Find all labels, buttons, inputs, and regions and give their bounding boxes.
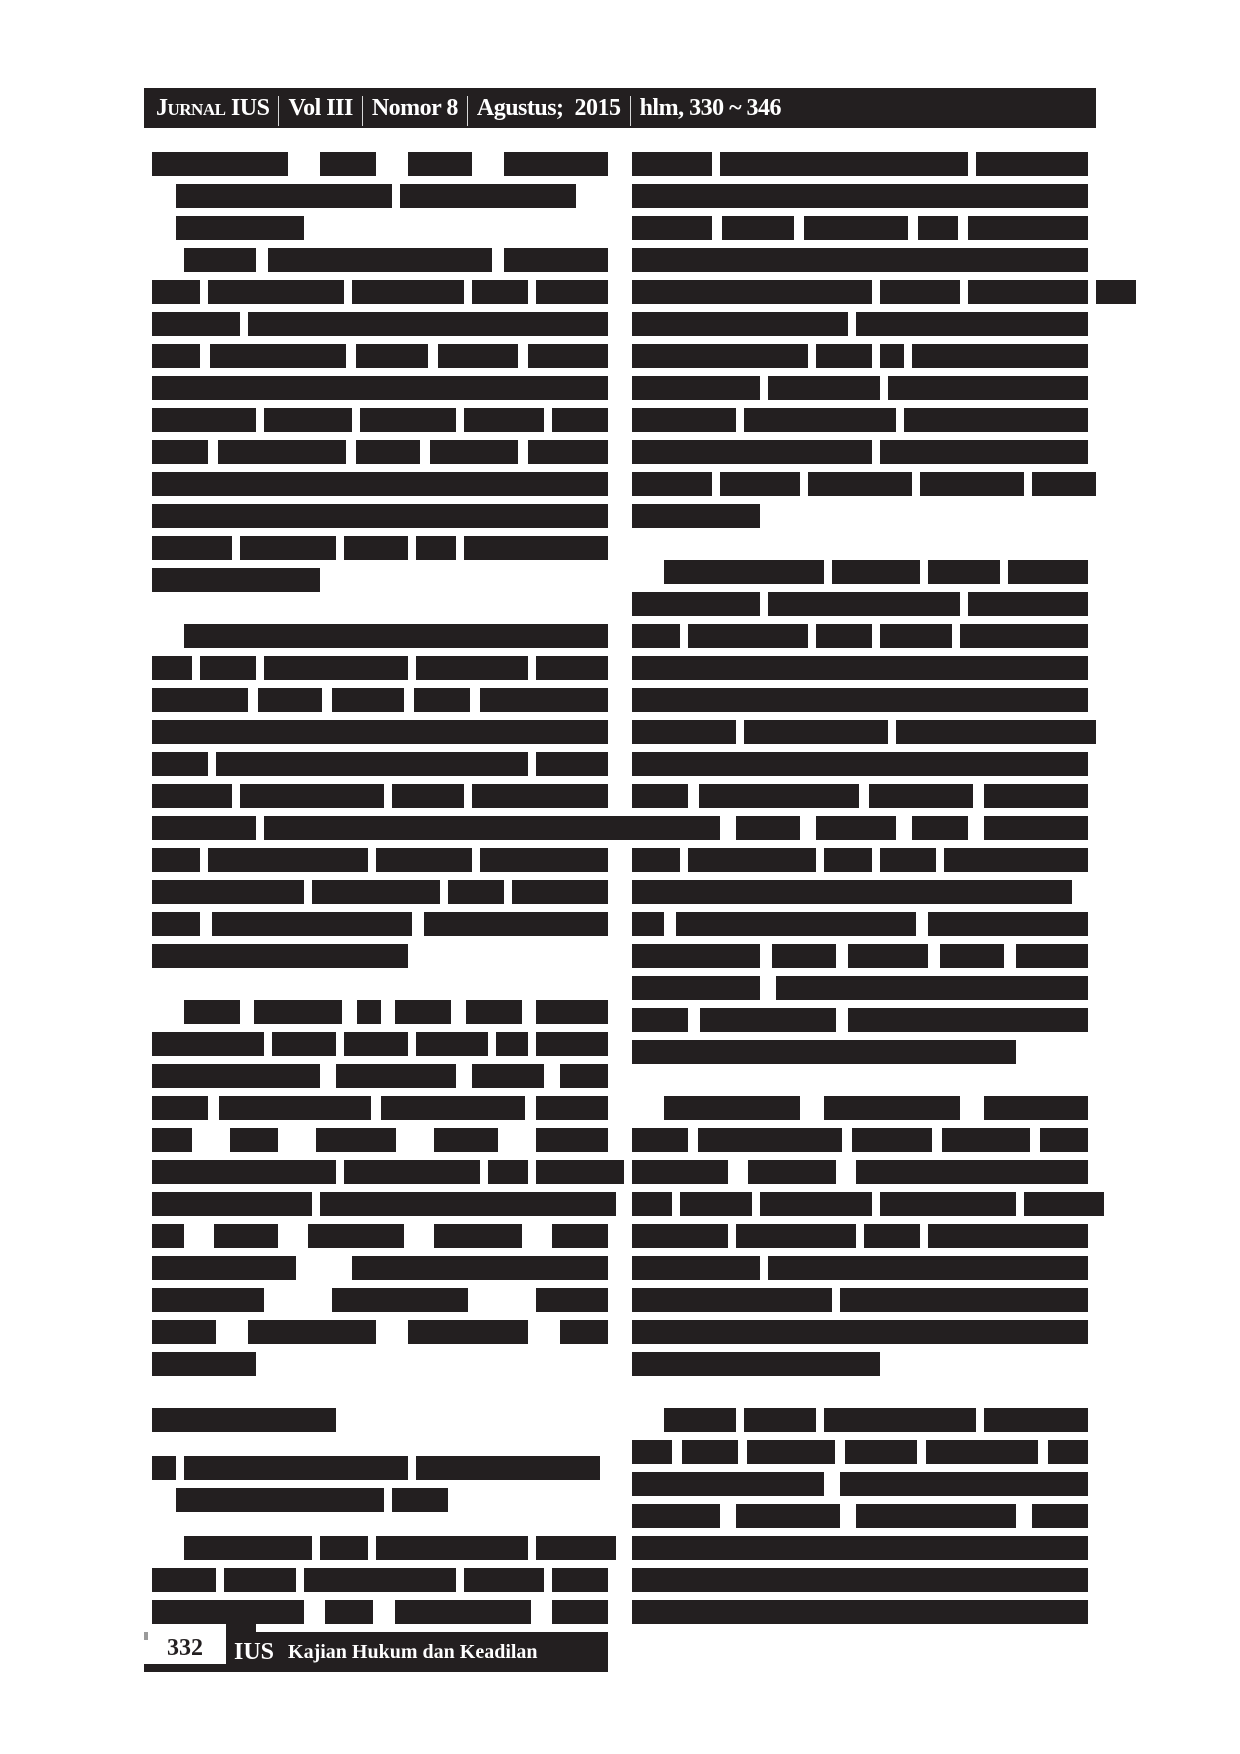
redaction-bar — [184, 624, 608, 648]
redaction-bar — [536, 1032, 608, 1056]
redaction-bar — [632, 720, 736, 744]
redaction-bar — [772, 944, 836, 968]
text-line-redacted — [632, 848, 1088, 872]
redaction-bar — [912, 344, 1088, 368]
redaction-bar — [808, 472, 912, 496]
redaction-bar — [632, 1440, 672, 1464]
redaction-bar — [320, 1192, 616, 1216]
publication-date: Agustus; 2015 — [468, 95, 630, 122]
paragraph-gap — [632, 536, 1088, 560]
redaction-bar — [940, 944, 1004, 968]
redaction-bar — [152, 152, 288, 176]
redaction-bar — [352, 280, 464, 304]
redaction-bar — [722, 216, 794, 240]
redaction-bar — [856, 1160, 1088, 1184]
redaction-bar — [912, 816, 968, 840]
text-line-redacted — [632, 1160, 1088, 1184]
redaction-bar — [536, 656, 608, 680]
redaction-bar — [632, 312, 848, 336]
redaction-bar — [434, 1128, 498, 1152]
text-line-redacted — [152, 184, 608, 208]
redaction-bar — [816, 816, 896, 840]
redaction-bar — [152, 1064, 320, 1088]
paragraph-gap — [632, 1072, 1088, 1096]
redaction-bar — [632, 1568, 1088, 1592]
redaction-bar — [464, 408, 544, 432]
redaction-bar — [904, 408, 1088, 432]
redaction-bar — [536, 280, 608, 304]
redaction-bar — [152, 344, 200, 368]
redaction-bar — [536, 1288, 608, 1312]
redaction-bar — [682, 1440, 738, 1464]
redaction-bar — [184, 1536, 312, 1560]
redaction-bar — [504, 248, 608, 272]
redaction-bar — [880, 344, 904, 368]
redaction-bar — [880, 624, 952, 648]
redaction-bar — [536, 752, 608, 776]
running-header: Jurnal IUS Vol III Nomor 8 Agustus; 2015… — [144, 88, 1096, 128]
redaction-bar — [268, 248, 492, 272]
text-line-redacted — [632, 344, 1088, 368]
redaction-bar — [632, 592, 760, 616]
redaction-bar — [664, 1408, 736, 1432]
redaction-bar — [968, 592, 1088, 616]
redaction-bar — [424, 912, 608, 936]
redaction-bar — [880, 440, 1088, 464]
redaction-bar — [416, 1032, 488, 1056]
text-line-redacted — [632, 1440, 1088, 1464]
text-line-redacted — [632, 816, 1088, 840]
redaction-bar — [325, 1600, 373, 1624]
redaction-bar — [632, 1040, 1016, 1064]
redaction-bar — [748, 1160, 836, 1184]
redaction-bar — [632, 472, 712, 496]
redaction-bar — [152, 816, 256, 840]
redaction-bar — [976, 152, 1088, 176]
text-line-redacted — [632, 1096, 1088, 1120]
redaction-bar — [248, 312, 608, 336]
left-column-redacted-text — [152, 152, 608, 1632]
paragraph-gap — [152, 1440, 608, 1456]
text-line-redacted — [152, 152, 608, 176]
text-line-redacted — [632, 312, 1088, 336]
text-line-redacted — [152, 312, 608, 336]
text-line-redacted — [152, 1536, 608, 1560]
redaction-bar — [1032, 472, 1096, 496]
redaction-bar — [152, 880, 304, 904]
text-line-redacted — [152, 1160, 608, 1184]
redaction-bar — [968, 216, 1088, 240]
redaction-bar — [152, 752, 208, 776]
text-line-redacted — [152, 1096, 608, 1120]
redaction-bar — [152, 472, 608, 496]
redaction-bar — [152, 1288, 264, 1312]
redaction-bar — [408, 152, 472, 176]
redaction-bar — [434, 1224, 522, 1248]
text-line-redacted — [632, 880, 1088, 904]
text-line-redacted — [632, 1536, 1088, 1560]
redaction-bar — [496, 1032, 528, 1056]
text-line-redacted — [152, 1032, 608, 1056]
redaction-bar — [416, 1456, 600, 1480]
text-line-redacted — [152, 784, 608, 808]
text-line-redacted — [152, 624, 608, 648]
text-line-redacted — [632, 280, 1088, 304]
text-line-redacted — [152, 440, 608, 464]
redaction-bar — [395, 1600, 531, 1624]
redaction-bar — [308, 1224, 404, 1248]
redaction-bar — [152, 848, 200, 872]
redaction-bar — [736, 1504, 840, 1528]
redaction-bar — [512, 880, 608, 904]
text-line-redacted — [632, 944, 1088, 968]
redaction-bar — [720, 152, 968, 176]
paragraph-gap — [632, 1384, 1088, 1408]
redaction-bar — [926, 1440, 1038, 1464]
text-line-redacted — [632, 784, 1088, 808]
redaction-bar — [632, 656, 1088, 680]
redaction-bar — [632, 1128, 688, 1152]
text-line-redacted — [152, 1488, 608, 1512]
text-line-redacted — [152, 1256, 608, 1280]
redaction-bar — [212, 912, 412, 936]
redaction-bar — [920, 472, 1024, 496]
redaction-bar — [736, 1224, 856, 1248]
redaction-bar — [560, 1064, 608, 1088]
paragraph-gap — [152, 1520, 608, 1536]
redaction-bar — [472, 1064, 544, 1088]
redaction-bar — [856, 312, 1088, 336]
redaction-bar — [152, 1600, 304, 1624]
redaction-bar — [1024, 1192, 1104, 1216]
text-line-redacted — [632, 624, 1088, 648]
redaction-bar — [152, 1032, 264, 1056]
text-line-redacted — [152, 1192, 608, 1216]
redaction-bar — [176, 1488, 384, 1512]
redaction-bar — [824, 848, 872, 872]
redaction-bar — [848, 1008, 1088, 1032]
redaction-bar — [632, 408, 736, 432]
redaction-bar — [688, 624, 808, 648]
text-line-redacted — [632, 1352, 1088, 1376]
redaction-bar — [699, 784, 859, 808]
redaction-bar — [400, 184, 576, 208]
redaction-bar — [448, 880, 504, 904]
redaction-bar — [632, 848, 680, 872]
redaction-bar — [152, 1192, 312, 1216]
redaction-bar — [152, 1408, 336, 1432]
redaction-bar — [344, 536, 408, 560]
redaction-bar — [632, 880, 1072, 904]
redaction-bar — [688, 848, 816, 872]
redaction-bar — [152, 1352, 256, 1376]
redaction-bar — [632, 912, 664, 936]
redaction-bar — [356, 344, 428, 368]
text-line-redacted — [632, 1568, 1088, 1592]
redaction-bar — [928, 912, 1088, 936]
redaction-bar — [184, 1000, 240, 1024]
text-line-redacted — [152, 1224, 608, 1248]
redaction-bar — [632, 816, 720, 840]
redaction-bar — [152, 1568, 216, 1592]
text-line-redacted — [632, 720, 1088, 744]
redaction-bar — [632, 752, 1088, 776]
redaction-bar — [632, 944, 760, 968]
redaction-bar — [984, 784, 1088, 808]
redaction-bar — [152, 1160, 336, 1184]
text-line-redacted — [152, 1320, 608, 1344]
redaction-bar — [152, 656, 192, 680]
redaction-bar — [240, 784, 384, 808]
redaction-bar — [219, 1096, 371, 1120]
redaction-bar — [632, 1352, 880, 1376]
redaction-bar — [352, 1256, 608, 1280]
text-line-redacted — [632, 1408, 1088, 1432]
redaction-bar — [869, 784, 973, 808]
text-line-redacted — [632, 152, 1088, 176]
text-line-redacted — [152, 880, 608, 904]
paragraph-gap — [152, 1384, 608, 1408]
paragraph-gap — [152, 600, 608, 624]
redaction-bar — [960, 624, 1088, 648]
redaction-bar — [376, 848, 472, 872]
redaction-bar — [768, 592, 960, 616]
text-line-redacted — [632, 1040, 1088, 1064]
page-number: 332 — [144, 1624, 226, 1664]
redaction-bar — [848, 944, 928, 968]
redaction-bar — [536, 1096, 608, 1120]
redaction-bar — [632, 1224, 728, 1248]
redaction-bar — [700, 1008, 836, 1032]
redaction-bar — [230, 1128, 278, 1152]
redaction-bar — [480, 688, 608, 712]
redaction-bar — [152, 688, 248, 712]
text-line-redacted — [152, 848, 608, 872]
redaction-bar — [480, 848, 608, 872]
text-line-redacted — [152, 248, 608, 272]
redaction-bar — [720, 472, 800, 496]
redaction-bar — [632, 1008, 688, 1032]
redaction-bar — [942, 1128, 1030, 1152]
redaction-bar — [632, 1288, 832, 1312]
redaction-bar — [1040, 1128, 1088, 1152]
redaction-bar — [320, 152, 376, 176]
redaction-bar — [152, 408, 256, 432]
text-line-redacted — [152, 1064, 608, 1088]
redaction-bar — [488, 1160, 528, 1184]
text-line-redacted — [152, 344, 608, 368]
redaction-bar — [632, 1504, 720, 1528]
redaction-bar — [392, 784, 464, 808]
redaction-bar — [336, 1064, 456, 1088]
redaction-bar — [254, 1000, 342, 1024]
redaction-bar — [760, 1192, 872, 1216]
redaction-bar — [438, 344, 518, 368]
redaction-bar — [552, 1600, 608, 1624]
text-line-redacted — [632, 656, 1088, 680]
text-line-redacted — [632, 976, 1088, 1000]
redaction-bar — [214, 1224, 278, 1248]
redaction-bar — [888, 376, 1088, 400]
redaction-bar — [832, 560, 920, 584]
text-line-redacted — [632, 1504, 1088, 1528]
redaction-bar — [152, 912, 200, 936]
redaction-bar — [392, 1488, 448, 1512]
redaction-bar — [744, 408, 896, 432]
redaction-bar — [776, 976, 1088, 1000]
redaction-bar — [528, 344, 608, 368]
text-line-redacted — [632, 1320, 1088, 1344]
redaction-bar — [152, 720, 608, 744]
text-line-redacted — [152, 816, 608, 840]
text-line-redacted — [632, 1256, 1088, 1280]
redaction-bar — [176, 184, 392, 208]
right-column-redacted-text — [632, 152, 1088, 1632]
redaction-bar — [466, 1000, 522, 1024]
text-line-redacted — [632, 1600, 1088, 1624]
redaction-bar — [152, 1128, 192, 1152]
redaction-bar — [504, 152, 608, 176]
redaction-bar — [984, 1408, 1088, 1432]
redaction-bar — [395, 1000, 451, 1024]
redaction-bar — [632, 624, 680, 648]
redaction-bar — [316, 1128, 396, 1152]
redaction-bar — [536, 1160, 624, 1184]
redaction-bar — [984, 816, 1088, 840]
redaction-bar — [472, 784, 608, 808]
redaction-bar — [210, 344, 346, 368]
text-line-redacted — [152, 504, 608, 528]
redaction-bar — [804, 216, 908, 240]
redaction-bar — [416, 536, 456, 560]
redaction-bar — [356, 440, 420, 464]
redaction-bar — [536, 1000, 608, 1024]
text-line-redacted — [152, 912, 608, 936]
text-line-redacted — [152, 536, 608, 560]
text-line-redacted — [152, 1568, 608, 1592]
redaction-bar — [816, 624, 872, 648]
text-line-redacted — [632, 1008, 1088, 1032]
text-line-redacted — [632, 1224, 1088, 1248]
redaction-bar — [264, 408, 352, 432]
redaction-bar — [984, 1096, 1088, 1120]
text-line-redacted — [632, 216, 1088, 240]
redaction-bar — [552, 1568, 608, 1592]
text-line-redacted — [632, 1128, 1088, 1152]
redaction-bar — [152, 1096, 208, 1120]
text-line-redacted — [152, 1288, 608, 1312]
redaction-bar — [744, 1408, 816, 1432]
redaction-bar — [632, 1320, 1088, 1344]
section-heading-redacted — [152, 1408, 608, 1432]
redaction-bar — [747, 1440, 835, 1464]
redaction-bar — [1048, 1440, 1088, 1464]
redaction-bar — [664, 560, 824, 584]
text-line-redacted — [632, 912, 1088, 936]
redaction-bar — [880, 1192, 1016, 1216]
redaction-bar — [552, 408, 608, 432]
redaction-bar — [632, 1160, 728, 1184]
redaction-bar — [768, 376, 880, 400]
redaction-bar — [928, 1224, 1088, 1248]
redaction-bar — [430, 440, 518, 464]
redaction-bar — [816, 344, 872, 368]
redaction-bar — [944, 848, 1088, 872]
redaction-bar — [200, 656, 256, 680]
text-line-redacted — [632, 1192, 1088, 1216]
text-line-redacted — [152, 472, 608, 496]
redaction-bar — [216, 752, 528, 776]
redaction-bar — [632, 1600, 1088, 1624]
journal-title: Jurnal IUS — [144, 95, 278, 122]
redaction-bar — [676, 912, 916, 936]
redaction-bar — [381, 1096, 525, 1120]
redaction-bar — [357, 1000, 381, 1024]
redaction-bar — [304, 1568, 456, 1592]
redaction-bar — [272, 1032, 336, 1056]
text-line-redacted — [632, 504, 1088, 528]
redaction-bar — [968, 280, 1088, 304]
redaction-bar — [632, 688, 1088, 712]
redaction-bar — [632, 1192, 672, 1216]
redaction-bar — [896, 720, 1096, 744]
redaction-bar — [264, 656, 408, 680]
text-line-redacted — [152, 408, 608, 432]
redaction-bar — [632, 976, 760, 1000]
text-line-redacted — [632, 1472, 1088, 1496]
redaction-bar — [536, 1128, 608, 1152]
redaction-bar — [845, 1440, 917, 1464]
redaction-bar — [632, 440, 872, 464]
redaction-bar — [864, 1224, 920, 1248]
redaction-bar — [664, 1096, 800, 1120]
redaction-bar — [240, 536, 336, 560]
redaction-bar — [632, 784, 688, 808]
text-line-redacted — [632, 184, 1088, 208]
text-line-redacted — [632, 408, 1088, 432]
text-line-redacted — [152, 280, 608, 304]
redaction-bar — [408, 1320, 528, 1344]
redaction-bar — [632, 248, 1088, 272]
paragraph-gap — [152, 976, 608, 1000]
text-line-redacted — [632, 440, 1088, 464]
text-line-redacted — [632, 472, 1088, 496]
text-line-redacted — [152, 688, 608, 712]
footer-subtitle: Kajian Hukum dan Keadilan — [288, 1641, 538, 1664]
redaction-bar — [152, 1256, 296, 1280]
redaction-bar — [152, 312, 240, 336]
redaction-bar — [632, 376, 760, 400]
redaction-bar — [224, 1568, 296, 1592]
page-range: hlm, 330 ~ 346 — [631, 95, 791, 122]
redaction-bar — [152, 1224, 184, 1248]
redaction-bar — [840, 1288, 1088, 1312]
redaction-bar — [208, 848, 368, 872]
redaction-bar — [880, 280, 960, 304]
redaction-bar — [536, 1536, 616, 1560]
redaction-bar — [208, 280, 344, 304]
text-line-redacted — [152, 1128, 608, 1152]
footer-tick — [144, 1632, 148, 1640]
redaction-bar — [360, 408, 456, 432]
redaction-bar — [464, 1568, 544, 1592]
redaction-bar — [248, 1320, 376, 1344]
redaction-bar — [344, 1160, 480, 1184]
redaction-bar — [560, 1320, 608, 1344]
redaction-bar — [1096, 280, 1136, 304]
redaction-bar — [632, 1256, 760, 1280]
redaction-bar — [152, 376, 608, 400]
